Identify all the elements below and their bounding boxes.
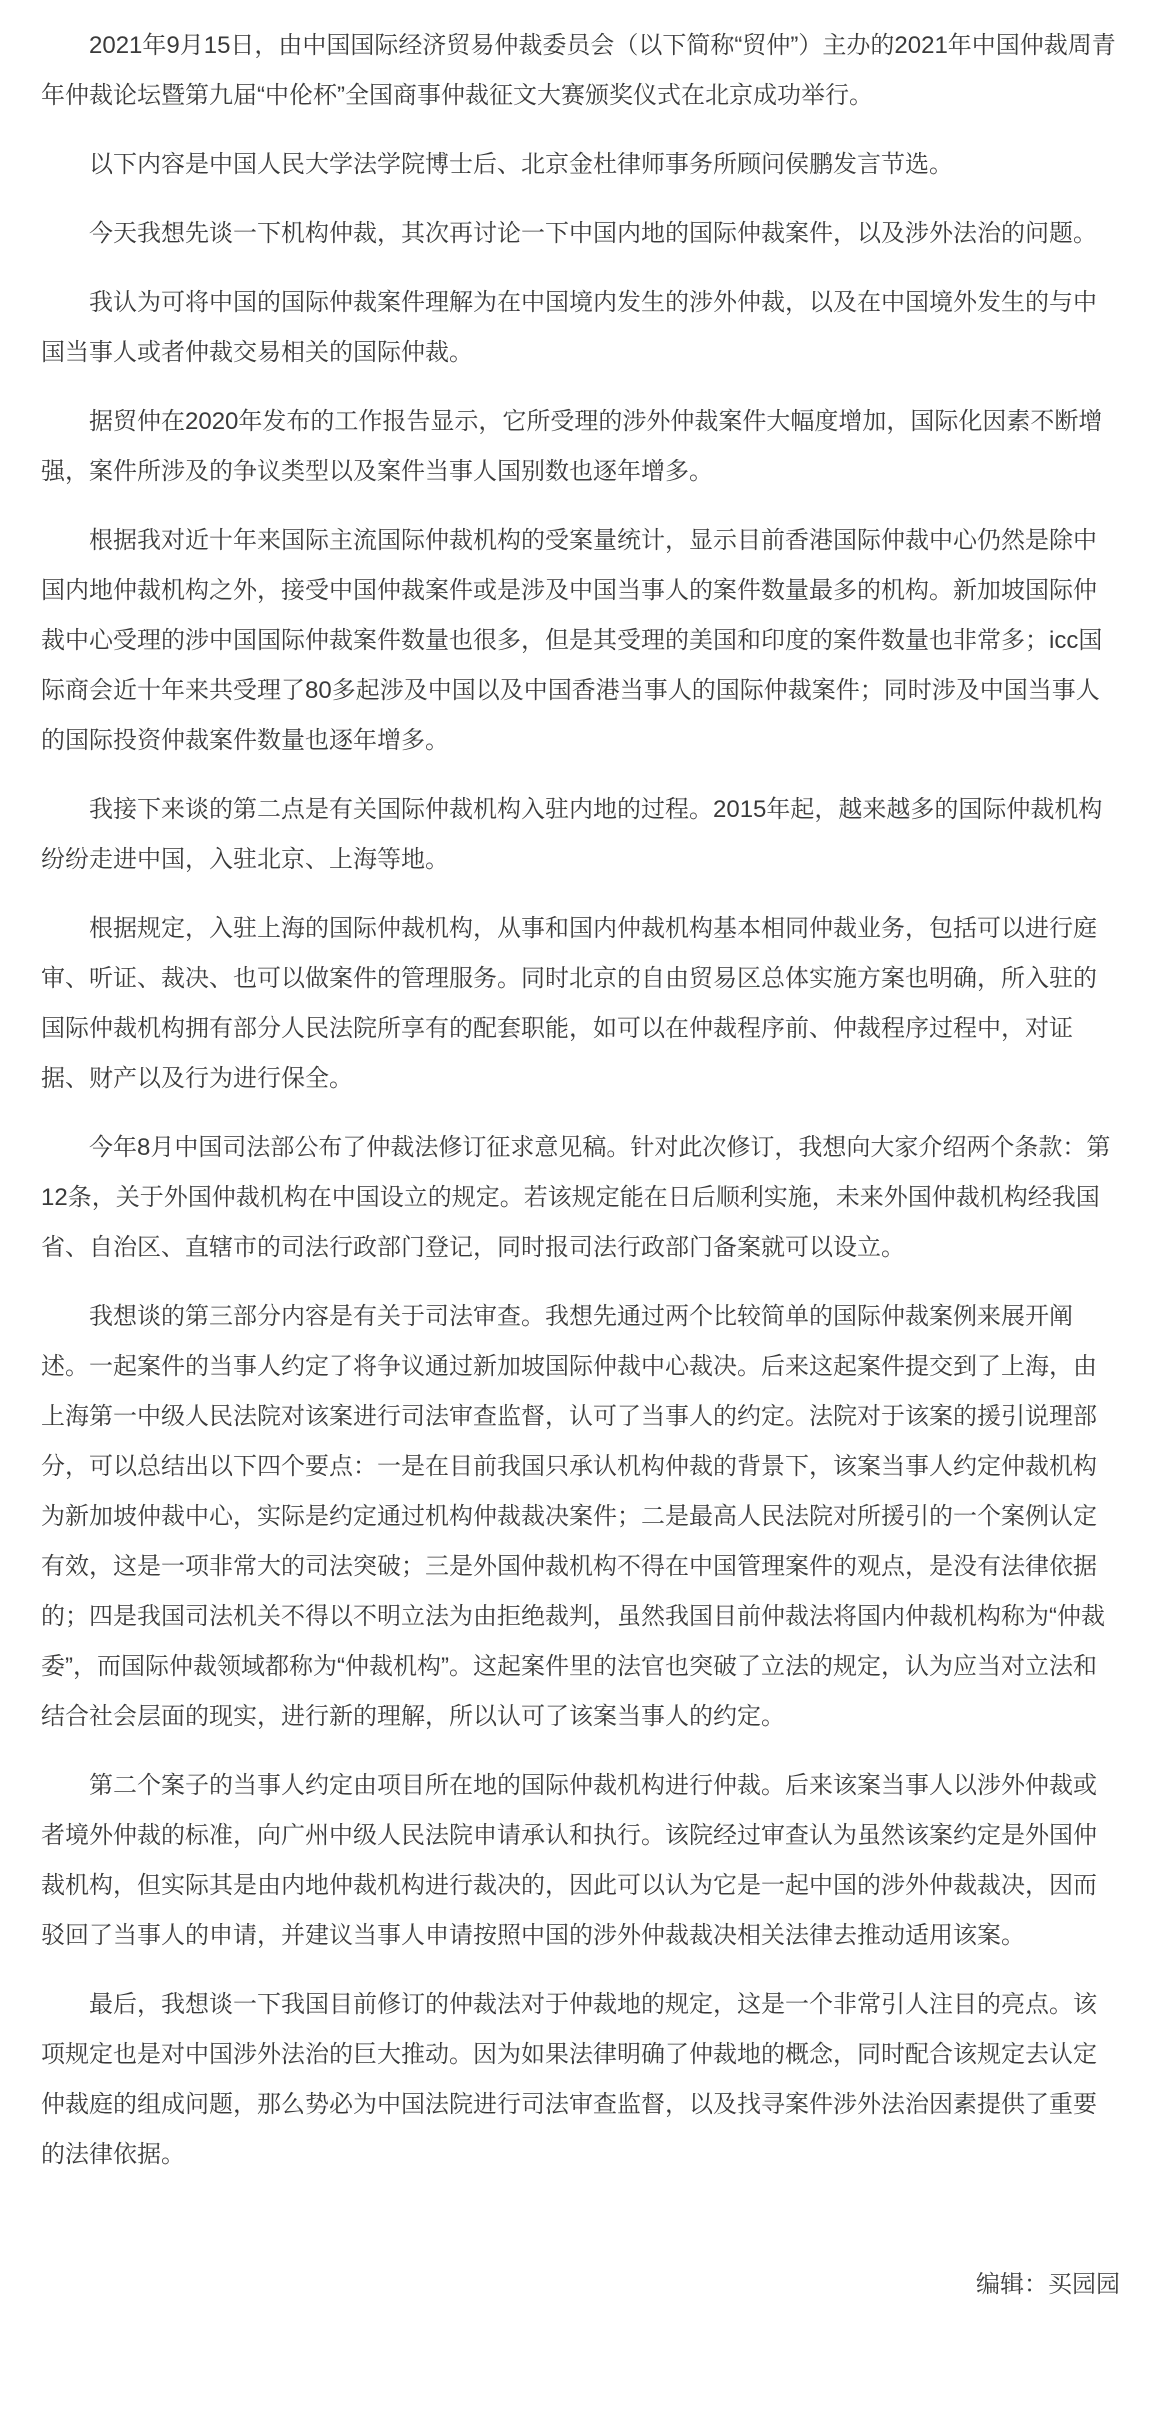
paragraph: 据贸仲在2020年发布的工作报告显示，它所受理的涉外仲裁案件大幅度增加，国际化因… — [41, 397, 1120, 497]
paragraph: 最后，我想谈一下我国目前修订的仲裁法对于仲裁地的规定，这是一个非常引人注目的亮点… — [41, 1980, 1120, 2180]
paragraph: 根据规定，入驻上海的国际仲裁机构，从事和国内仲裁机构基本相同仲裁业务，包括可以进… — [41, 904, 1120, 1104]
paragraph: 2021年9月15日，由中国国际经济贸易仲裁委员会（以下简称“贸仲”）主办的20… — [41, 21, 1120, 121]
paragraph: 今天我想先谈一下机构仲裁，其次再讨论一下中国内地的国际仲裁案件，以及涉外法治的问… — [41, 209, 1120, 259]
paragraph: 第二个案子的当事人约定由项目所在地的国际仲裁机构进行仲裁。后来该案当事人以涉外仲… — [41, 1761, 1120, 1961]
paragraph: 以下内容是中国人民大学法学院博士后、北京金杜律师事务所顾问侯鹏发言节选。 — [41, 140, 1120, 190]
paragraph: 今年8月中国司法部公布了仲裁法修订征求意见稿。针对此次修订，我想向大家介绍两个条… — [41, 1123, 1120, 1273]
editor-credit: 编辑：买园园 — [41, 2260, 1120, 2310]
paragraph: 根据我对近十年来国际主流国际仲裁机构的受案量统计，显示目前香港国际仲裁中心仍然是… — [41, 516, 1120, 766]
paragraph: 我想谈的第三部分内容是有关于司法审查。我想先通过两个比较简单的国际仲裁案例来展开… — [41, 1292, 1120, 1742]
article-body: 2021年9月15日，由中国国际经济贸易仲裁委员会（以下简称“贸仲”）主办的20… — [41, 21, 1120, 2180]
paragraph: 我接下来谈的第二点是有关国际仲裁机构入驻内地的过程。2015年起，越来越多的国际… — [41, 785, 1120, 885]
paragraph: 我认为可将中国的国际仲裁案件理解为在中国境内发生的涉外仲裁，以及在中国境外发生的… — [41, 278, 1120, 378]
article-page: 2021年9月15日，由中国国际经济贸易仲裁委员会（以下简称“贸仲”）主办的20… — [0, 0, 1161, 2414]
